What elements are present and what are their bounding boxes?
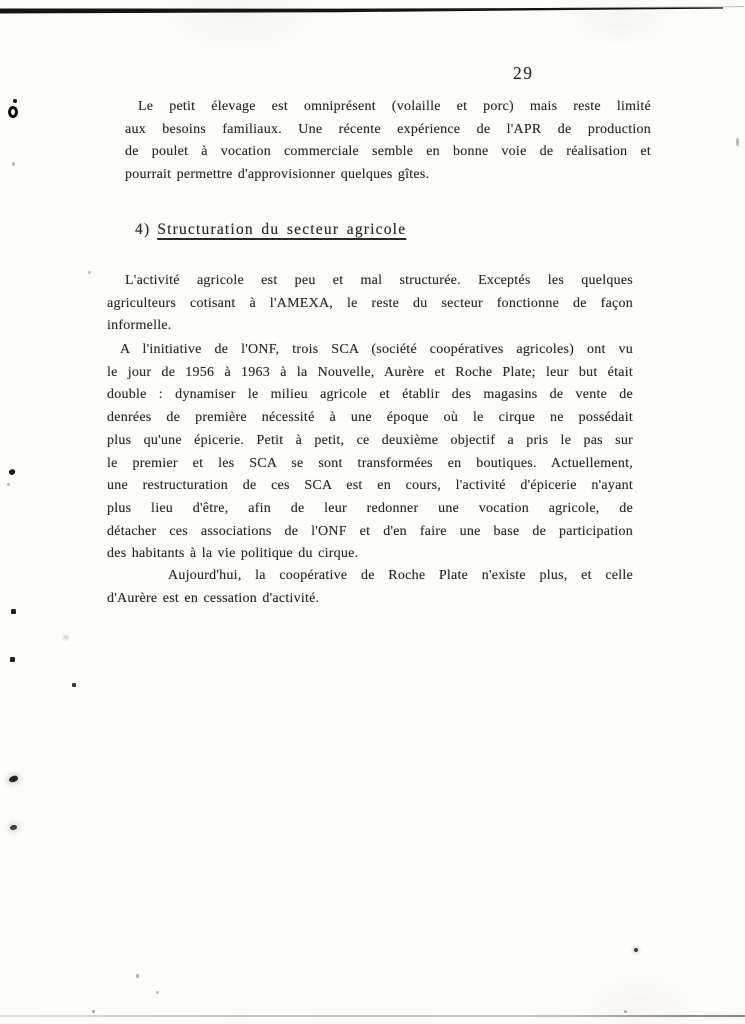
text-line: double : dynamiser le milieu agricole et… — [107, 384, 633, 407]
paragraph-3: A l'initiative de l'ONF, trois SCA (soci… — [107, 339, 633, 566]
text-line: de poulet à vocation commerciale semble … — [125, 141, 651, 164]
paragraph-1: Le petit élevage est omniprésent (volail… — [125, 96, 651, 187]
ink-smudge — [10, 824, 18, 830]
paragraph-4: Aujourd'hui, la coopérative de Roche Pla… — [107, 565, 633, 610]
ink-speck — [11, 609, 16, 614]
text-line: agriculteurs cotisant à l'AMEXA, le rest… — [107, 293, 633, 316]
section-heading-number: 4) — [135, 221, 150, 238]
ink-speck — [7, 483, 10, 486]
scanned-document-page: 29 Le petit élevage est omniprésent (vol… — [0, 0, 745, 1024]
text-line: aux besoins familiaux. Une récente expér… — [125, 119, 651, 142]
text-line: plus lieu d'être, afin de leur redonner … — [107, 498, 633, 521]
text-line: A l'initiative de l'ONF, trois SCA (soci… — [107, 339, 633, 362]
ink-speck — [8, 468, 16, 476]
page-number: 29 — [513, 63, 534, 84]
section-heading: 4)Structuration du secteur agricole — [135, 221, 406, 239]
text-line: plus qu'une épicerie. Petit à petit, ce … — [107, 430, 633, 453]
text-line: d'Aurère est en cessation d'activité. — [107, 588, 633, 611]
ink-speck — [88, 271, 91, 274]
ink-smudge-faint — [62, 634, 70, 641]
section-heading-title: Structuration du secteur agricole — [157, 221, 406, 238]
text-line: Le petit élevage est omniprésent (volail… — [125, 96, 651, 119]
text-line: une restructuration de ces SCA est en co… — [107, 475, 633, 498]
ink-speck — [12, 162, 15, 166]
paragraph-2: L'activité agricole est peu et mal struc… — [107, 270, 633, 338]
text-line: des habitants à la vie politique du cirq… — [107, 543, 633, 566]
ink-speck — [13, 99, 17, 103]
scan-edge-line-top — [0, 0, 745, 20]
ink-speck — [72, 683, 76, 687]
ink-smudge — [8, 775, 18, 783]
ink-speck — [624, 1010, 627, 1013]
ink-speck — [736, 138, 739, 146]
ink-speck — [156, 991, 159, 994]
scan-edge-line-bottom — [0, 1015, 745, 1017]
ink-blot-ring — [8, 106, 18, 118]
ink-speck — [136, 974, 139, 978]
ink-speck — [10, 657, 15, 662]
text-line: L'activité agricole est peu et mal struc… — [107, 270, 633, 293]
ink-speck — [92, 1010, 95, 1013]
text-line: Aujourd'hui, la coopérative de Roche Pla… — [107, 565, 633, 588]
text-line: informelle. — [107, 315, 633, 338]
text-line: le premier et les SCA se sont transformé… — [107, 453, 633, 476]
text-line: pourrait permettre d'approvisionner quel… — [125, 164, 651, 187]
text-line: le jour de 1956 à 1963 à la Nouvelle, Au… — [107, 362, 633, 385]
ink-speck — [634, 948, 638, 952]
text-line: détacher ces associations de l'ONF et d'… — [107, 521, 633, 544]
text-line: denrées de première nécessité à une époq… — [107, 407, 633, 430]
